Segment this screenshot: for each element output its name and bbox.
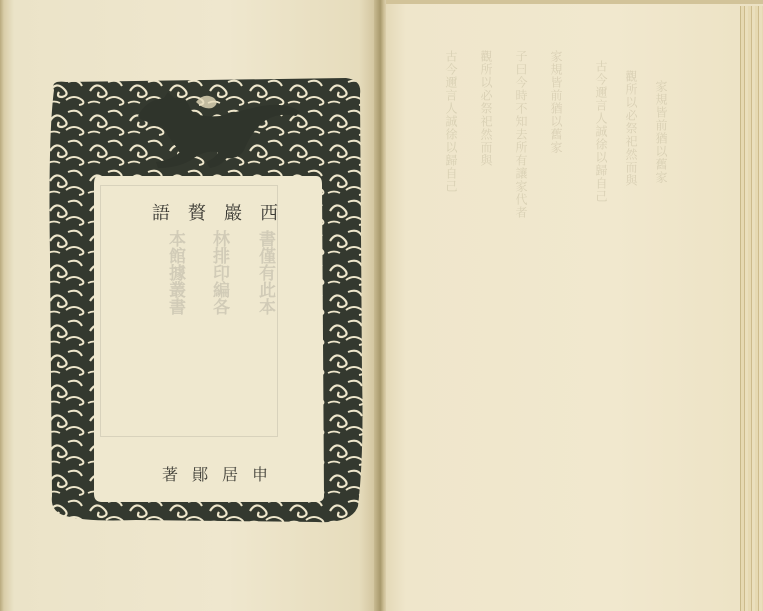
author-char: 申	[250, 462, 270, 485]
author-line: 申 居 鄖 著	[160, 462, 270, 485]
show-through-column: 書僅有此本	[253, 230, 277, 315]
title-char: 巖	[222, 199, 244, 225]
author-char: 居	[220, 462, 240, 485]
bleed-through-column: 古今邇言人誠徐以歸自己	[440, 50, 461, 193]
title-char: 語	[150, 199, 172, 225]
author-char: 鄖	[190, 462, 210, 485]
bleed-through-column: 家規皆前猶以舊家	[650, 80, 671, 184]
title-char: 西	[258, 199, 280, 225]
title-char: 贅	[186, 199, 208, 225]
right-page-top-edge	[386, 0, 763, 4]
bleed-through-column: 觀所以必祭祀然而與	[475, 50, 496, 167]
bleed-through-column: 古今邇言人誠徐以歸自己	[590, 60, 611, 203]
bleed-through-column: 觀所以必祭祀然而與	[620, 70, 641, 187]
author-char: 著	[160, 462, 180, 485]
book-spread: 書僅有此本 林排印編各 本館據叢書 西 巖 贅 語 申 居 鄖 著 古今邇言人誠…	[0, 0, 763, 611]
page-stack-edges	[740, 6, 763, 611]
show-through-column: 本館據叢書	[163, 230, 187, 315]
book-title: 西 巖 贅 語	[150, 199, 280, 225]
show-through-column: 林排印編各	[207, 230, 231, 315]
bleed-through-column: 家規皆前猶以舊家	[545, 50, 566, 154]
bleed-through-column: 子曰今時不知去所有讓家代者	[510, 50, 531, 219]
